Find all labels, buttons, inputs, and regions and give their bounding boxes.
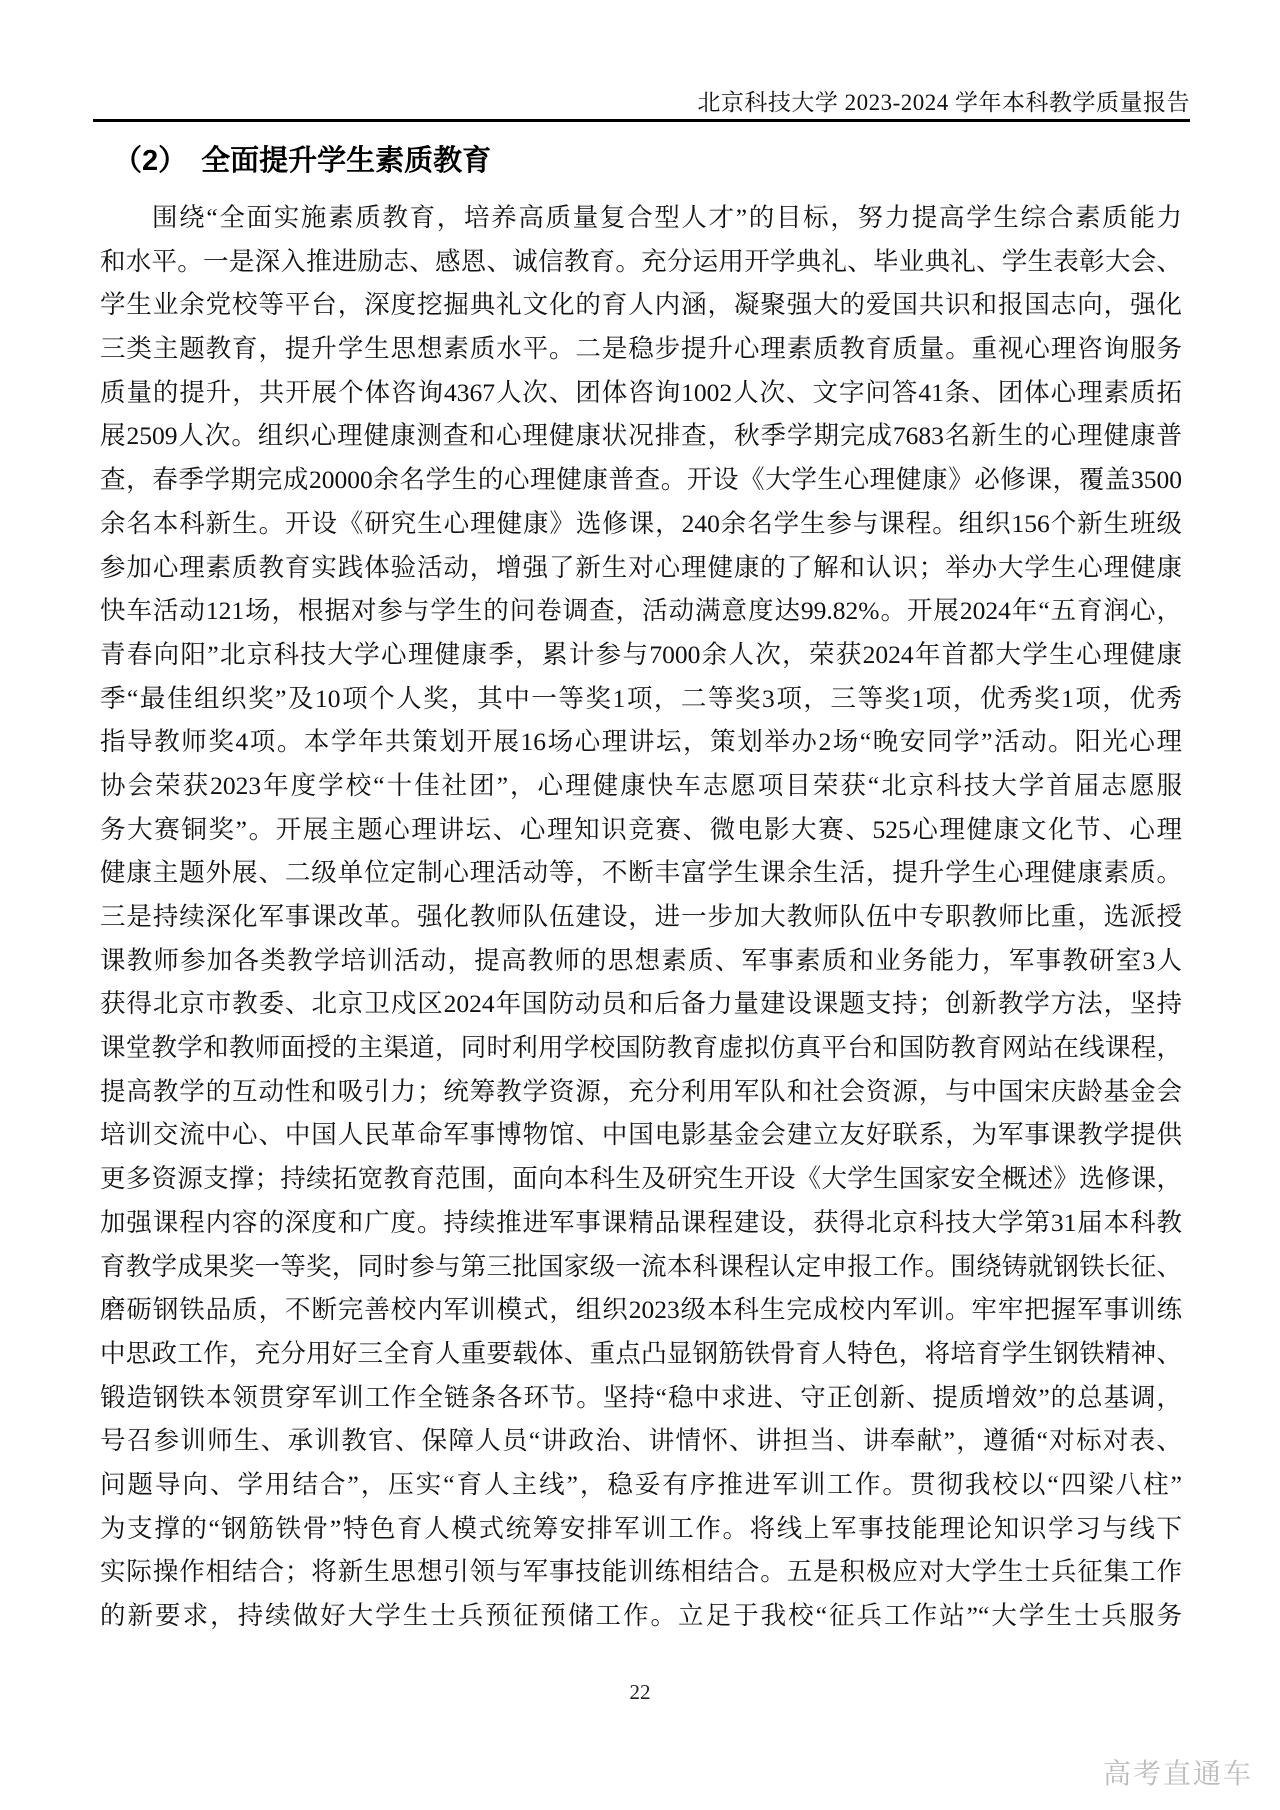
header-rule	[93, 119, 1190, 122]
body-line-27: 中思政工作，充分用好三全育人重要载体、重点凸显钢筋铁骨育人特色，将培育学生钢铁精…	[100, 1332, 1182, 1376]
body-line-7: 查，春季学期完成20000余名学生的心理健康普查。开设《大学生心理健康》必修课，…	[100, 458, 1182, 502]
body-line-32: 实际操作相结合；将新生思想引领与军事技能训练相结合。五是积极应对大学生士兵征集工…	[100, 1550, 1182, 1594]
body-line-5: 质量的提升，共开展个体咨询4367人次、团体咨询1002人次、文字问答41条、团…	[100, 371, 1182, 415]
body-line-4: 三类主题教育，提升学生思想素质水平。二是稳步提升心理素质教育质量。重视心理咨询服…	[100, 327, 1182, 371]
body-line-30: 问题导向、学用结合”，压实“育人主线”，稳妥有序推进军训工作。贯彻我校以“四梁八…	[100, 1463, 1182, 1507]
watermark: 高考直通车	[1103, 1752, 1253, 1792]
body-line-20: 课堂教学和教师面授的主渠道，同时利用学校国防教育虚拟仿真平台和国防教育网站在线课…	[100, 1026, 1182, 1070]
body-paragraph: 围绕“全面实施素质教育，培养高质量复合型人才”的目标，努力提高学生综合素质能力和…	[100, 196, 1182, 1638]
body-line-25: 育教学成果奖一等奖，同时参与第三批国家级一流本科课程认定申报工作。围绕铸就钢铁长…	[100, 1245, 1182, 1289]
body-line-31: 为支撑的“钢筋铁骨”特色育人模式统筹安排军训工作。将线上军事技能理论知识学习与线…	[100, 1507, 1182, 1551]
body-line-1: 围绕“全面实施素质教育，培养高质量复合型人才”的目标，努力提高学生综合素质能力	[100, 196, 1182, 240]
body-line-15: 务大赛铜奖”。开展主题心理讲坛、心理知识竞赛、微电影大赛、525心理健康文化节、…	[100, 808, 1182, 852]
body-line-26: 磨砺钢铁品质，不断完善校内军训模式，组织2023级本科生完成校内军训。牢牢把握军…	[100, 1288, 1182, 1332]
body-line-3: 学生业余党校等平台，深度挖掘典礼文化的育人内涵，凝聚强大的爱国共识和报国志向，强…	[100, 283, 1182, 327]
header-title: 北京科技大学 2023-2024 学年本科教学质量报告	[697, 90, 1190, 115]
body-line-9: 参加心理素质教育实践体验活动，增强了新生对心理健康的了解和认识；举办大学生心理健…	[100, 546, 1182, 590]
body-line-17: 三是持续深化军事课改革。强化教师队伍建设，进一步加大教师队伍中专职教师比重，选派…	[100, 895, 1182, 939]
body-line-14: 协会荣获2023年度学校“十佳社团”，心理健康快车志愿项目荣获“北京科技大学首届…	[100, 764, 1182, 808]
body-line-6: 展2509人次。组织心理健康测查和心理健康状况排查，秋季学期完成7683名新生的…	[100, 414, 1182, 458]
body-line-11: 青春向阳”北京科技大学心理健康季，累计参与7000余人次，荣获2024年首都大学…	[100, 633, 1182, 677]
body-line-18: 课教师参加各类教学培训活动，提高教师的思想素质、军事素质和业务能力，军事教研室3…	[100, 939, 1182, 983]
section-heading: （2）全面提升学生素质教育	[113, 138, 491, 179]
body-line-19: 获得北京市教委、北京卫戍区2024年国防动员和后备力量建设课题支持；创新教学方法…	[100, 982, 1182, 1026]
body-line-23: 更多资源支撑；持续拓宽教育范围，面向本科生及研究生开设《大学生国家安全概述》选修…	[100, 1157, 1182, 1201]
body-line-29: 号召参训师生、承训教官、保障人员“讲政治、讲情怀、讲担当、讲奉献”，遵循“对标对…	[100, 1419, 1182, 1463]
body-line-2: 和水平。一是深入推进励志、感恩、诚信教育。充分运用开学典礼、毕业典礼、学生表彰大…	[100, 240, 1182, 284]
page-header: 北京科技大学 2023-2024 学年本科教学质量报告	[697, 84, 1190, 117]
body-line-21: 提高教学的互动性和吸引力；统筹教学资源，充分利用军队和社会资源，与中国宋庆龄基金…	[100, 1070, 1182, 1114]
section-title: 全面提升学生素质教育	[201, 145, 491, 177]
body-line-10: 快车活动121场，根据对参与学生的问卷调查，活动满意度达99.82%。开展202…	[100, 589, 1182, 633]
body-line-8: 余名本科新生。开设《研究生心理健康》选修课，240余名学生参与课程。组织156个…	[100, 502, 1182, 546]
body-line-16: 健康主题外展、二级单位定制心理活动等，不断丰富学生课余生活，提升学生心理健康素质…	[100, 851, 1182, 895]
body-line-33: 的新要求，持续做好大学生士兵预征预储工作。立足于我校“征兵工作站”“大学生士兵服…	[100, 1594, 1182, 1638]
body-line-24: 加强课程内容的深度和广度。持续推进军事课精品课程建设，获得北京科技大学第31届本…	[100, 1201, 1182, 1245]
document-page: 北京科技大学 2023-2024 学年本科教学质量报告 （2）全面提升学生素质教…	[0, 0, 1280, 1810]
body-line-12: 季“最佳组织奖”及10项个人奖，其中一等奖1项，二等奖3项，三等奖1项，优秀奖1…	[100, 677, 1182, 721]
page-number: 22	[0, 1680, 1280, 1705]
section-number: （2）	[113, 145, 187, 177]
body-line-13: 指导教师奖4项。本学年共策划开展16场心理讲坛，策划举办2场“晚安同学”活动。阳…	[100, 720, 1182, 764]
body-line-28: 锻造钢铁本领贯穿军训工作全链条各环节。坚持“稳中求进、守正创新、提质增效”的总基…	[100, 1376, 1182, 1420]
body-line-22: 培训交流中心、中国人民革命军事博物馆、中国电影基金会建立友好联系，为军事课教学提…	[100, 1113, 1182, 1157]
